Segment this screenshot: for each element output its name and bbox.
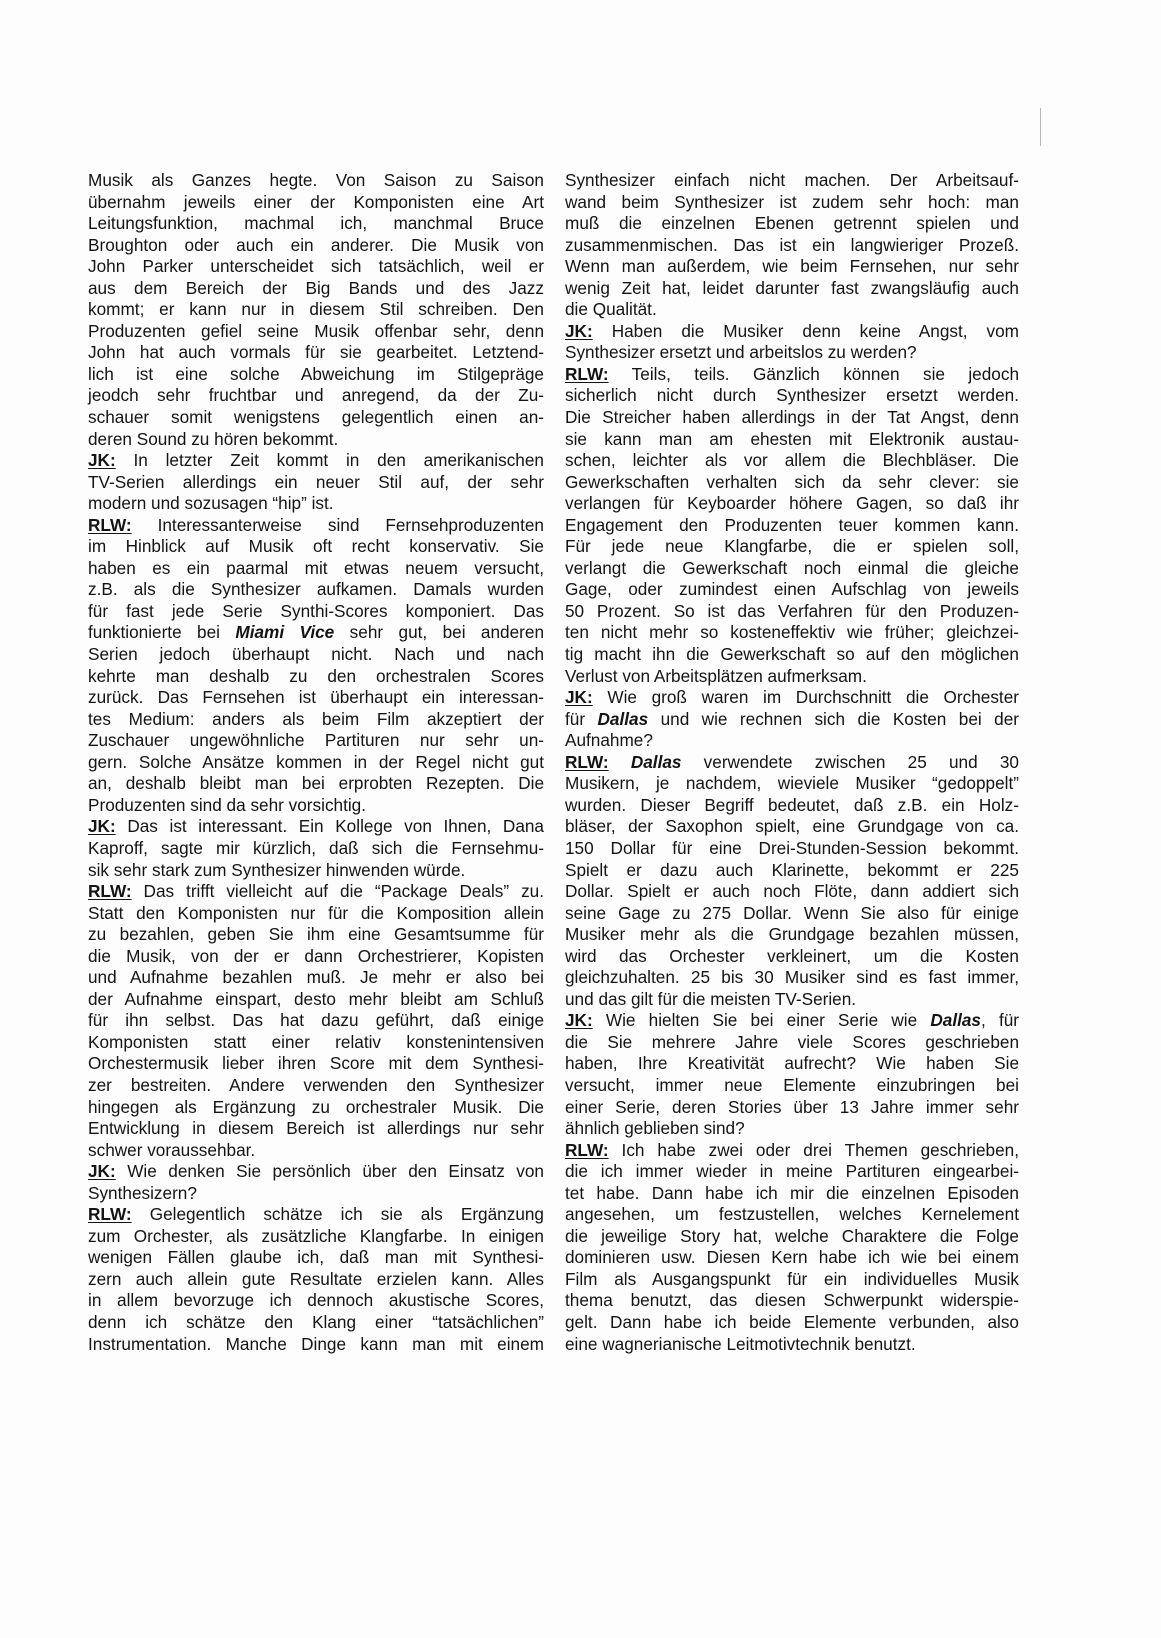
text-line: funktionierte bei Miami Vice sehr gut, b… bbox=[88, 622, 544, 644]
text-line: sik sehr stark zum Synthesizer hinwenden… bbox=[88, 860, 544, 882]
line-text: im Hinblick auf Musik oft recht konserva… bbox=[88, 536, 544, 556]
text-line: kommt; er kann nur in diesem Stil schrei… bbox=[88, 299, 544, 321]
text-line: 50 Prozent. So ist das Verfahren für den… bbox=[565, 601, 1019, 623]
line-text: Für jede neue Klangfarbe, die er spielen… bbox=[565, 536, 1019, 556]
text-line: Aufnahme? bbox=[565, 730, 1019, 752]
line-text: 50 Prozent. So ist das Verfahren für den… bbox=[565, 601, 1019, 621]
text-line: gleichzuhalten. 25 bis 30 Musiker sind e… bbox=[565, 967, 1019, 989]
speaker-label: JK: bbox=[565, 687, 593, 707]
text-line: Instrumentation. Manche Dinge kann man m… bbox=[88, 1334, 544, 1356]
line-text: verwendete zwischen 25 und 30 bbox=[681, 752, 1019, 772]
line-text: zum Orchester, als zusätzliche Klangfarb… bbox=[88, 1226, 544, 1246]
line-text: in allem bevorzuge ich dennoch akustisch… bbox=[88, 1290, 544, 1310]
text-line: Kaproff, sagte mir kürzlich, daß sich di… bbox=[88, 838, 544, 860]
text-line: in allem bevorzuge ich dennoch akustisch… bbox=[88, 1290, 544, 1312]
text-line: Synthesizern? bbox=[88, 1183, 544, 1205]
text-line: z.B. als die Synthesizer aufkamen. Damal… bbox=[88, 579, 544, 601]
line-text: zusammenmischen. Das ist ein langwierige… bbox=[565, 235, 1019, 255]
line-text: Orchestermusik lieber ihren Score mit de… bbox=[88, 1053, 544, 1073]
text-line: für fast jede Serie Synthi-Scores kompon… bbox=[88, 601, 544, 623]
line-text: Spielt er dazu auch Klarinette, bekommt … bbox=[565, 860, 1019, 880]
line-text: die ich immer wieder in meine Partituren… bbox=[565, 1161, 1019, 1181]
text-line: lich ist eine solche Abweichung im Stilg… bbox=[88, 364, 544, 386]
text-line: Leitungsfunktion, machmal ich, manchmal … bbox=[88, 213, 544, 235]
text-line: haben es ein paarmal mit etwas neuem ver… bbox=[88, 558, 544, 580]
text-line: sie kann man am ehesten mit Elektronik a… bbox=[565, 429, 1019, 451]
text-line: RLW: Interessanterweise sind Fernsehprod… bbox=[88, 515, 544, 537]
text-line: gelt. Dann habe ich beide Elemente verbu… bbox=[565, 1312, 1019, 1334]
line-text: John hat auch vormals für sie gearbeitet… bbox=[88, 342, 544, 362]
speaker-label: RLW: bbox=[88, 1204, 132, 1224]
text-line: einer Serie, deren Stories über 13 Jahre… bbox=[565, 1097, 1019, 1119]
left-text-column: Musik als Ganzes hegte. Von Saison zu Sa… bbox=[88, 170, 544, 1355]
line-text: für ihn selbst. Das hat dazu geführt, da… bbox=[88, 1010, 544, 1030]
line-text: die Musik, von der er dann Orchestrierer… bbox=[88, 946, 544, 966]
line-text: Das trifft vielleicht auf die “Package D… bbox=[132, 881, 544, 901]
line-text: Wie groß waren im Durchschnitt die Orche… bbox=[593, 687, 1019, 707]
text-line: Synthesizer einfach nicht machen. Der Ar… bbox=[565, 170, 1019, 192]
speaker-label: JK: bbox=[565, 321, 593, 341]
text-line: Orchestermusik lieber ihren Score mit de… bbox=[88, 1053, 544, 1075]
line-text: gleichzuhalten. 25 bis 30 Musiker sind e… bbox=[565, 967, 1019, 987]
line-text: Wie denken Sie persönlich über den Einsa… bbox=[116, 1161, 544, 1181]
speaker-label: JK: bbox=[88, 450, 116, 470]
text-line: gern. Solche Ansätze kommen in der Regel… bbox=[88, 752, 544, 774]
line-text: die jeweilige Story hat, welche Charakte… bbox=[565, 1226, 1019, 1246]
speaker-label: RLW: bbox=[565, 364, 609, 384]
speaker-label: JK: bbox=[565, 1010, 593, 1030]
line-text: sik sehr stark zum Synthesizer hinwenden… bbox=[88, 860, 465, 880]
line-text: schen, leichter als vor allem die Blechb… bbox=[565, 450, 1019, 470]
line-text: und Aufnahme bezahlen muß. Je mehr er al… bbox=[88, 967, 544, 987]
line-text: dominieren usw. Diesen Kern habe ich wie… bbox=[565, 1247, 1019, 1267]
series-title: Miami Vice bbox=[235, 622, 334, 642]
text-line: Dollar. Spielt er auch noch Flöte, dann … bbox=[565, 881, 1019, 903]
text-line: ähnlich geblieben sind? bbox=[565, 1118, 1019, 1140]
line-text: schwer voraussehbar. bbox=[88, 1140, 255, 1160]
line-text-prefix: Wie hielten Sie bei einer Serie wie bbox=[593, 1010, 931, 1030]
text-line: zum Orchester, als zusätzliche Klangfarb… bbox=[88, 1226, 544, 1248]
text-line: thema benutzt, das diesen Schwerpunkt wi… bbox=[565, 1290, 1019, 1312]
text-line: John Parker unterscheidet sich tatsächli… bbox=[88, 256, 544, 278]
text-line: Musiker mehr als die Grundgage bezahlen … bbox=[565, 924, 1019, 946]
text-line: die jeweilige Story hat, welche Charakte… bbox=[565, 1226, 1019, 1248]
line-text: bläser, der Saxophon spielt, eine Grundg… bbox=[565, 816, 1019, 836]
text-line: Film als Ausgangspunkt für ein individue… bbox=[565, 1269, 1019, 1291]
line-text: zer bestreiten. Andere verwenden den Syn… bbox=[88, 1075, 544, 1095]
text-line: JK: Wie groß waren im Durchschnitt die O… bbox=[565, 687, 1019, 709]
line-text: hingegen als Ergänzung zu orchestraler M… bbox=[88, 1097, 544, 1117]
line-text: Wenn man außerdem, wie beim Fernsehen, n… bbox=[565, 256, 1019, 276]
line-text: z.B. als die Synthesizer aufkamen. Damal… bbox=[88, 579, 544, 599]
line-text: haben, Ihre Kreativität aufrecht? Wie ha… bbox=[565, 1053, 1019, 1073]
line-text: Synthesizer einfach nicht machen. Der Ar… bbox=[565, 170, 1019, 190]
line-text: einer Serie, deren Stories über 13 Jahre… bbox=[565, 1097, 1019, 1117]
text-line: RLW: Gelegentlich schätze ich sie als Er… bbox=[88, 1204, 544, 1226]
text-line: die Sie mehrere Jahre viele Scores gesch… bbox=[565, 1032, 1019, 1054]
text-line: an, deshalb bleibt man bei erprobten Rez… bbox=[88, 773, 544, 795]
text-line: muß die einzelnen Ebenen getrennt spiele… bbox=[565, 213, 1019, 235]
line-text: jeodch sehr fruchtbar und anregend, da d… bbox=[88, 385, 544, 405]
line-text: thema benutzt, das diesen Schwerpunkt wi… bbox=[565, 1290, 1019, 1310]
text-line: schauer somit wenigstens gelegentlich ei… bbox=[88, 407, 544, 429]
line-text: Instrumentation. Manche Dinge kann man m… bbox=[88, 1334, 544, 1354]
line-text: Musik als Ganzes hegte. Von Saison zu Sa… bbox=[88, 170, 544, 190]
text-line: TV-Serien allerdings ein neuer Stil auf,… bbox=[88, 472, 544, 494]
text-line: versucht, immer neue Elemente einzubring… bbox=[565, 1075, 1019, 1097]
line-text: sicherlich nicht durch Synthesizer erset… bbox=[565, 385, 1019, 405]
line-text: seine Gage zu 275 Dollar. Wenn Sie also … bbox=[565, 903, 1019, 923]
line-text: kommt; er kann nur in diesem Stil schrei… bbox=[88, 299, 544, 319]
line-text: tet habe. Dann habe ich mir die einzelne… bbox=[565, 1183, 1019, 1203]
line-text: wird das Orchester verkleinert, um die K… bbox=[565, 946, 1019, 966]
text-line: tet habe. Dann habe ich mir die einzelne… bbox=[565, 1183, 1019, 1205]
text-line: wenig Zeit hat, leidet darunter fast zwa… bbox=[565, 278, 1019, 300]
text-line: Spielt er dazu auch Klarinette, bekommt … bbox=[565, 860, 1019, 882]
text-line: Verlust von Arbeitsplätzen aufmerksam. bbox=[565, 666, 1019, 688]
line-text: wenigen Fällen glaube ich, daß man mit S… bbox=[88, 1247, 544, 1267]
line-text: Gage, oder zumindest einen Aufschlag von… bbox=[565, 579, 1019, 599]
line-text: Interessanterweise sind Fernsehproduzent… bbox=[132, 515, 544, 535]
text-line: bläser, der Saxophon spielt, eine Grundg… bbox=[565, 816, 1019, 838]
text-line: wand beim Synthesizer ist zudem sehr hoc… bbox=[565, 192, 1019, 214]
text-line: Wenn man außerdem, wie beim Fernsehen, n… bbox=[565, 256, 1019, 278]
line-text: gern. Solche Ansätze kommen in der Regel… bbox=[88, 752, 544, 772]
text-line: im Hinblick auf Musik oft recht konserva… bbox=[88, 536, 544, 558]
text-line: eine wagnerianische Leitmotivtechnik ben… bbox=[565, 1334, 1019, 1356]
text-line: tig macht ihn die Gewerkschaft so auf de… bbox=[565, 644, 1019, 666]
line-text-prefix: funktionierte bei bbox=[88, 622, 235, 642]
speaker-label: RLW: bbox=[565, 1140, 609, 1160]
text-line: Für jede neue Klangfarbe, die er spielen… bbox=[565, 536, 1019, 558]
text-line: verlangen für Keyboarder höhere Gagen, s… bbox=[565, 493, 1019, 515]
line-text: , für bbox=[981, 1010, 1019, 1030]
line-text: kehrte man deshalb zu den orchestralen S… bbox=[88, 666, 544, 686]
line-text: aus dem Bereich der Big Bands und des Ja… bbox=[88, 278, 544, 298]
text-line: ten nicht mehr so kosteneffektiv wie frü… bbox=[565, 622, 1019, 644]
line-text: sie kann man am ehesten mit Elektronik a… bbox=[565, 429, 1019, 449]
line-text: Synthesizer ersetzt und arbeitslos zu we… bbox=[565, 342, 917, 362]
text-line: und Aufnahme bezahlen muß. Je mehr er al… bbox=[88, 967, 544, 989]
text-line: kehrte man deshalb zu den orchestralen S… bbox=[88, 666, 544, 688]
line-text: TV-Serien allerdings ein neuer Stil auf,… bbox=[88, 472, 544, 492]
line-text: sehr gut, bei anderen bbox=[334, 622, 544, 642]
text-line: schen, leichter als vor allem die Blechb… bbox=[565, 450, 1019, 472]
text-line: schwer voraussehbar. bbox=[88, 1140, 544, 1162]
text-line: Synthesizer ersetzt und arbeitslos zu we… bbox=[565, 342, 1019, 364]
text-line: tes Medium: anders als beim Film akzepti… bbox=[88, 709, 544, 731]
line-text: zu bezahlen, geben Sie ihm eine Gesamtsu… bbox=[88, 924, 544, 944]
line-text: an, deshalb bleibt man bei erprobten Rez… bbox=[88, 773, 544, 793]
line-text: für fast jede Serie Synthi-Scores kompon… bbox=[88, 601, 544, 621]
line-text: übernahm jeweils einer der Komponisten e… bbox=[88, 192, 544, 212]
line-text: Gelegentlich schätze ich sie als Ergänzu… bbox=[132, 1204, 544, 1224]
text-line: Komponisten statt einer relativ konsteni… bbox=[88, 1032, 544, 1054]
text-line: JK: Das ist interessant. Ein Kollege von… bbox=[88, 816, 544, 838]
line-text: der Aufnahme einspart, desto mehr bleibt… bbox=[88, 989, 544, 1009]
text-line: Zuschauer ungewöhnliche Partituren nur s… bbox=[88, 730, 544, 752]
text-line: zer bestreiten. Andere verwenden den Syn… bbox=[88, 1075, 544, 1097]
text-line: RLW: Teils, teils. Gänzlich können sie j… bbox=[565, 364, 1019, 386]
line-text: die Sie mehrere Jahre viele Scores gesch… bbox=[565, 1032, 1019, 1052]
text-line: der Aufnahme einspart, desto mehr bleibt… bbox=[88, 989, 544, 1011]
text-line: hingegen als Ergänzung zu orchestraler M… bbox=[88, 1097, 544, 1119]
line-text: muß die einzelnen Ebenen getrennt spiele… bbox=[565, 213, 1019, 233]
line-text: modern und sozusagen “hip” ist. bbox=[88, 493, 334, 513]
line-text: Synthesizern? bbox=[88, 1183, 197, 1203]
line-text: angesehen, um festzustellen, welches Ker… bbox=[565, 1204, 1019, 1224]
text-line: Die Streicher haben allerdings in der Ta… bbox=[565, 407, 1019, 429]
text-line: für ihn selbst. Das hat dazu geführt, da… bbox=[88, 1010, 544, 1032]
text-line: JK: In letzter Zeit kommt in den amerika… bbox=[88, 450, 544, 472]
line-text: eine wagnerianische Leitmotivtechnik ben… bbox=[565, 1334, 916, 1354]
line-text-prefix: für bbox=[565, 709, 598, 729]
text-line: RLW: Dallas verwendete zwischen 25 und 3… bbox=[565, 752, 1019, 774]
text-line: Broughton oder auch ein anderer. Die Mus… bbox=[88, 235, 544, 257]
line-text: die Qualität. bbox=[565, 299, 657, 319]
speaker-label: RLW: bbox=[88, 515, 132, 535]
line-text: Engagement den Produzenten teuer kommen … bbox=[565, 515, 1019, 535]
text-line: wurden. Dieser Begriff bedeutet, daß z.B… bbox=[565, 795, 1019, 817]
line-text: ten nicht mehr so kosteneffektiv wie frü… bbox=[565, 622, 1019, 642]
line-text-prefix bbox=[609, 752, 631, 772]
line-text: Kaproff, sagte mir kürzlich, daß sich di… bbox=[88, 838, 544, 858]
line-text: 150 Dollar für eine Drei-Stunden-Session… bbox=[565, 838, 1019, 858]
line-text: und das gilt für die meisten TV-Serien. bbox=[565, 989, 856, 1009]
line-text: Film als Ausgangspunkt für ein individue… bbox=[565, 1269, 1019, 1289]
text-line: zern auch allein gute Resultate erzielen… bbox=[88, 1269, 544, 1291]
line-text: haben es ein paarmal mit etwas neuem ver… bbox=[88, 558, 544, 578]
speaker-label: RLW: bbox=[565, 752, 609, 772]
text-line: John hat auch vormals für sie gearbeitet… bbox=[88, 342, 544, 364]
line-text: Komponisten statt einer relativ konsteni… bbox=[88, 1032, 544, 1052]
line-text: wenig Zeit hat, leidet darunter fast zwa… bbox=[565, 278, 1019, 298]
text-line: deren Sound zu hören bekommt. bbox=[88, 429, 544, 451]
line-text: Broughton oder auch ein anderer. Die Mus… bbox=[88, 235, 544, 255]
scan-edge-mark bbox=[1040, 108, 1041, 146]
line-text: lich ist eine solche Abweichung im Stilg… bbox=[88, 364, 544, 384]
right-text-column: Synthesizer einfach nicht machen. Der Ar… bbox=[565, 170, 1019, 1355]
text-line: RLW: Das trifft vielleicht auf die “Pack… bbox=[88, 881, 544, 903]
line-text: John Parker unterscheidet sich tatsächli… bbox=[88, 256, 544, 276]
text-line: Produzenten sind da sehr vorsichtig. bbox=[88, 795, 544, 817]
line-text: Aufnahme? bbox=[565, 730, 653, 750]
text-line: die ich immer wieder in meine Partituren… bbox=[565, 1161, 1019, 1183]
line-text: Produzenten gefiel seine Musik offenbar … bbox=[88, 321, 544, 341]
text-line: Musikern, je nachdem, wieviele Musiker “… bbox=[565, 773, 1019, 795]
line-text: Leitungsfunktion, machmal ich, manchmal … bbox=[88, 213, 544, 233]
speaker-label: JK: bbox=[88, 1161, 116, 1181]
line-text: wurden. Dieser Begriff bedeutet, daß z.B… bbox=[565, 795, 1019, 815]
text-line: angesehen, um festzustellen, welches Ker… bbox=[565, 1204, 1019, 1226]
line-text: Zuschauer ungewöhnliche Partituren nur s… bbox=[88, 730, 544, 750]
line-text: tig macht ihn die Gewerkschaft so auf de… bbox=[565, 644, 1019, 664]
text-line: Gewerkschaften verhalten sich da sehr cl… bbox=[565, 472, 1019, 494]
line-text: schauer somit wenigstens gelegentlich ei… bbox=[88, 407, 544, 427]
line-text: Die Streicher haben allerdings in der Ta… bbox=[565, 407, 1019, 427]
line-text: Das ist interessant. Ein Kollege von Ihn… bbox=[116, 816, 544, 836]
line-text: Entwicklung in diesem Bereich ist allerd… bbox=[88, 1118, 544, 1138]
text-line: zu bezahlen, geben Sie ihm eine Gesamtsu… bbox=[88, 924, 544, 946]
text-line: modern und sozusagen “hip” ist. bbox=[88, 493, 544, 515]
line-text: Haben die Musiker denn keine Angst, vom bbox=[593, 321, 1019, 341]
line-text: versucht, immer neue Elemente einzubring… bbox=[565, 1075, 1019, 1095]
line-text: zurück. Das Fernsehen ist überhaupt ein … bbox=[88, 687, 544, 707]
series-title: Dallas bbox=[598, 709, 649, 729]
speaker-label: RLW: bbox=[88, 881, 132, 901]
line-text: ähnlich geblieben sind? bbox=[565, 1118, 745, 1138]
line-text: gelt. Dann habe ich beide Elemente verbu… bbox=[565, 1312, 1019, 1332]
text-line: sicherlich nicht durch Synthesizer erset… bbox=[565, 385, 1019, 407]
text-line: Statt den Komponisten nur für die Kompos… bbox=[88, 903, 544, 925]
text-line: RLW: Ich habe zwei oder drei Themen gesc… bbox=[565, 1140, 1019, 1162]
text-line: übernahm jeweils einer der Komponisten e… bbox=[88, 192, 544, 214]
line-text: Statt den Komponisten nur für die Kompos… bbox=[88, 903, 544, 923]
line-text: zern auch allein gute Resultate erzielen… bbox=[88, 1269, 544, 1289]
line-text: Gewerkschaften verhalten sich da sehr cl… bbox=[565, 472, 1019, 492]
line-text: Musiker mehr als die Grundgage bezahlen … bbox=[565, 924, 1019, 944]
text-line: und das gilt für die meisten TV-Serien. bbox=[565, 989, 1019, 1011]
text-line: Gage, oder zumindest einen Aufschlag von… bbox=[565, 579, 1019, 601]
text-line: jeodch sehr fruchtbar und anregend, da d… bbox=[88, 385, 544, 407]
text-line: zusammenmischen. Das ist ein langwierige… bbox=[565, 235, 1019, 257]
text-line: wenigen Fällen glaube ich, daß man mit S… bbox=[88, 1247, 544, 1269]
text-line: JK: Wie hielten Sie bei einer Serie wie … bbox=[565, 1010, 1019, 1032]
series-title: Dallas bbox=[930, 1010, 981, 1030]
line-text: denn ich schätze den Klang einer “tatsäc… bbox=[88, 1312, 544, 1332]
text-line: JK: Wie denken Sie persönlich über den E… bbox=[88, 1161, 544, 1183]
line-text: Produzenten sind da sehr vorsichtig. bbox=[88, 795, 366, 815]
line-text: deren Sound zu hören bekommt. bbox=[88, 429, 338, 449]
line-text: Ich habe zwei oder drei Themen geschrieb… bbox=[609, 1140, 1019, 1160]
text-line: Musik als Ganzes hegte. Von Saison zu Sa… bbox=[88, 170, 544, 192]
line-text: In letzter Zeit kommt in den amerikanisc… bbox=[116, 450, 544, 470]
text-line: aus dem Bereich der Big Bands und des Ja… bbox=[88, 278, 544, 300]
text-line: Engagement den Produzenten teuer kommen … bbox=[565, 515, 1019, 537]
text-line: zurück. Das Fernsehen ist überhaupt ein … bbox=[88, 687, 544, 709]
speaker-label: JK: bbox=[88, 816, 116, 836]
text-line: für Dallas und wie rechnen sich die Kost… bbox=[565, 709, 1019, 731]
line-text: verlangen für Keyboarder höhere Gagen, s… bbox=[565, 493, 1019, 513]
text-line: denn ich schätze den Klang einer “tatsäc… bbox=[88, 1312, 544, 1334]
line-text: Teils, teils. Gänzlich können sie jedoch bbox=[609, 364, 1019, 384]
text-line: JK: Haben die Musiker denn keine Angst, … bbox=[565, 321, 1019, 343]
text-line: Entwicklung in diesem Bereich ist allerd… bbox=[88, 1118, 544, 1140]
text-line: die Qualität. bbox=[565, 299, 1019, 321]
line-text: wand beim Synthesizer ist zudem sehr hoc… bbox=[565, 192, 1019, 212]
text-line: dominieren usw. Diesen Kern habe ich wie… bbox=[565, 1247, 1019, 1269]
line-text: tes Medium: anders als beim Film akzepti… bbox=[88, 709, 544, 729]
text-line: haben, Ihre Kreativität aufrecht? Wie ha… bbox=[565, 1053, 1019, 1075]
text-line: seine Gage zu 275 Dollar. Wenn Sie also … bbox=[565, 903, 1019, 925]
series-title: Dallas bbox=[631, 752, 682, 772]
line-text: verlangt die Gewerkschaft noch einmal di… bbox=[565, 558, 1019, 578]
text-line: wird das Orchester verkleinert, um die K… bbox=[565, 946, 1019, 968]
text-line: Serien jedoch überhaupt nicht. Nach und … bbox=[88, 644, 544, 666]
text-line: 150 Dollar für eine Drei-Stunden-Session… bbox=[565, 838, 1019, 860]
text-line: die Musik, von der er dann Orchestrierer… bbox=[88, 946, 544, 968]
line-text: und wie rechnen sich die Kosten bei der bbox=[648, 709, 1019, 729]
line-text: Dollar. Spielt er auch noch Flöte, dann … bbox=[565, 881, 1019, 901]
line-text: Serien jedoch überhaupt nicht. Nach und … bbox=[88, 644, 544, 664]
scanned-page: Musik als Ganzes hegte. Von Saison zu Sa… bbox=[0, 0, 1161, 1638]
line-text: Verlust von Arbeitsplätzen aufmerksam. bbox=[565, 666, 867, 686]
text-line: Produzenten gefiel seine Musik offenbar … bbox=[88, 321, 544, 343]
text-line: verlangt die Gewerkschaft noch einmal di… bbox=[565, 558, 1019, 580]
line-text: Musikern, je nachdem, wieviele Musiker “… bbox=[565, 773, 1019, 793]
